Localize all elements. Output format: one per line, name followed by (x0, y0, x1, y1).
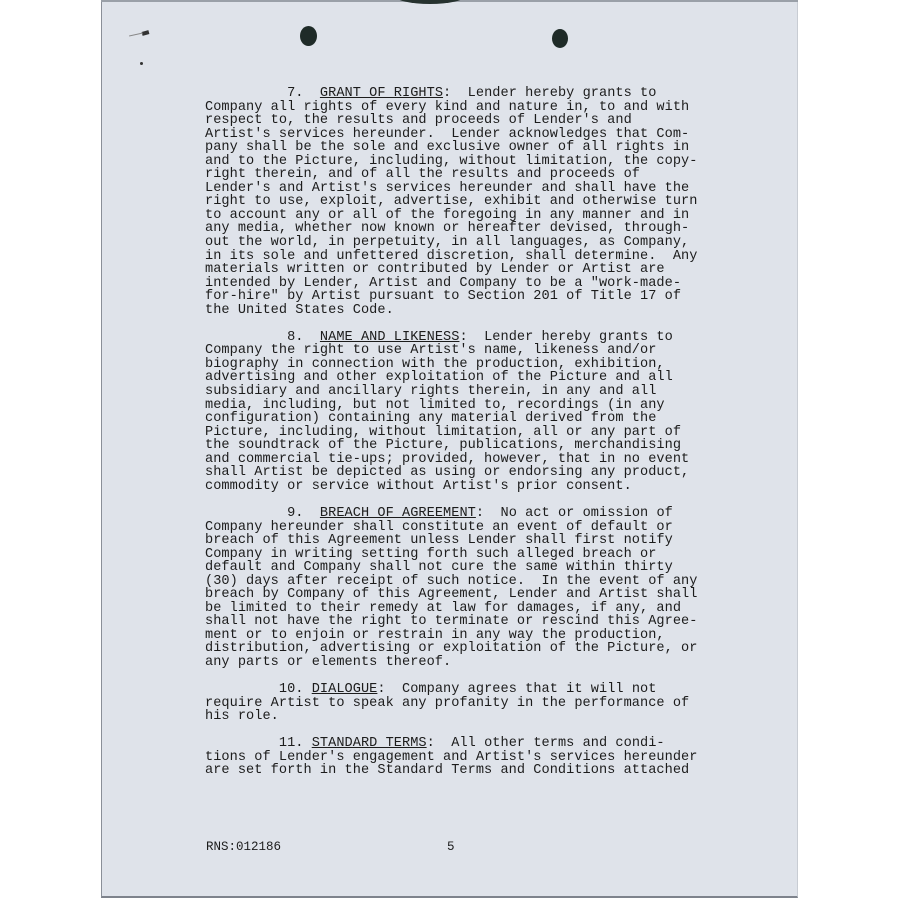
clause-text: : No act or omission of (476, 506, 673, 521)
clause-text-line: Artist's services hereunder. Lender ackn… (205, 128, 697, 142)
ink-dot (140, 62, 143, 65)
clause-heading: STANDARD TERMS (312, 736, 427, 751)
clause-text-line: intended by Lender, Artist and Company t… (205, 277, 697, 291)
clause-text-line: biography in connection with the product… (205, 358, 697, 372)
clause-text-line: distribution, advertising or exploitatio… (205, 642, 697, 656)
clause-8: 8. NAME AND LIKENESS: Lender hereby gran… (205, 331, 697, 494)
clause-text-line: breach by Company of this Agreement, Len… (205, 588, 697, 602)
clause-first-line: 10. DIALOGUE: Company agrees that it wil… (205, 683, 697, 697)
clause-text: : Company agrees that it will not (377, 682, 656, 697)
clause-9: 9. BREACH OF AGREEMENT: No act or omissi… (205, 507, 697, 670)
clause-text-line: Company in writing setting forth such al… (205, 548, 697, 562)
clause-heading: GRANT OF RIGHTS (320, 86, 443, 101)
clause-text-line: be limited to their remedy at law for da… (205, 602, 697, 616)
clause-text-line: media, including, but not limited to, re… (205, 399, 697, 413)
clause-text-line: materials written or contributed by Lend… (205, 263, 697, 277)
clause-text-line: his role. (205, 710, 697, 724)
clause-7: 7. GRANT OF RIGHTS: Lender hereby grants… (205, 87, 697, 317)
clause-text-line: require Artist to speak any profanity in… (205, 697, 697, 711)
clause-text-line: any media, whether now known or hereafte… (205, 222, 697, 236)
clause-heading: BREACH OF AGREEMENT (320, 506, 476, 521)
clause-text-line: Picture, including, without limitation, … (205, 426, 697, 440)
punch-hole-right (552, 29, 568, 48)
clause-11: 11. STANDARD TERMS: All other terms and … (205, 737, 697, 778)
clause-text-line: shall Artist be depicted as using or end… (205, 466, 697, 480)
clause-text-line: pany shall be the sole and exclusive own… (205, 141, 697, 155)
contract-body: 7. GRANT OF RIGHTS: Lender hereby grants… (205, 87, 697, 791)
clause-first-line: 9. BREACH OF AGREEMENT: No act or omissi… (205, 507, 697, 521)
clause-text-line: tions of Lender's engagement and Artist'… (205, 751, 697, 765)
clause-first-line: 8. NAME AND LIKENESS: Lender hereby gran… (205, 331, 697, 345)
clause-text-line: to account any or all of the foregoing i… (205, 209, 697, 223)
clause-text-line: shall not have the right to terminate or… (205, 615, 697, 629)
clause-first-line: 11. STANDARD TERMS: All other terms and … (205, 737, 697, 751)
clause-text-line: in its sole and unfettered discretion, s… (205, 250, 697, 264)
clause-10: 10. DIALOGUE: Company agrees that it wil… (205, 683, 697, 724)
clause-number: 11. (279, 736, 304, 751)
clause-text-line: the United States Code. (205, 304, 697, 318)
clause-first-line: 7. GRANT OF RIGHTS: Lender hereby grants… (205, 87, 697, 101)
clause-text-line: are set forth in the Standard Terms and … (205, 764, 697, 778)
clause-text-line: commodity or service without Artist's pr… (205, 480, 697, 494)
clause-heading: DIALOGUE (312, 682, 378, 697)
clause-text-line: Company all rights of every kind and nat… (205, 101, 697, 115)
clause-text-line: ment or to enjoin or restrain in any way… (205, 629, 697, 643)
clause-number: 10. (279, 682, 304, 697)
clause-text-line: Company the right to use Artist's name, … (205, 344, 697, 358)
clause-text: : Lender hereby grants to (443, 86, 656, 101)
clause-text-line: Company hereunder shall constitute an ev… (205, 521, 697, 535)
page-number: 5 (447, 840, 455, 854)
clause-text: : All other terms and condi- (427, 736, 665, 751)
clause-text-line: default and Company shall not cure the s… (205, 561, 697, 575)
clause-text-line: Lender's and Artist's services hereunder… (205, 182, 697, 196)
clause-text-line: advertising and other exploitation of th… (205, 371, 697, 385)
clause-text-line: configuration) containing any material d… (205, 412, 697, 426)
clause-text-line: for-hire" by Artist pursuant to Section … (205, 290, 697, 304)
clause-text-line: subsidiary and ancillary rights therein,… (205, 385, 697, 399)
clause-number: 7. (287, 86, 303, 101)
clause-text-line: respect to, the results and proceeds of … (205, 114, 697, 128)
clause-text-line: and to the Picture, including, without l… (205, 155, 697, 169)
document-id: RNS:012186 (206, 840, 281, 854)
clause-text-line: out the world, in perpetuity, in all lan… (205, 236, 697, 250)
clause-text-line: (30) days after receipt of such notice. … (205, 575, 697, 589)
clause-number: 9. (287, 506, 303, 521)
clause-text-line: the soundtrack of the Picture, publicati… (205, 439, 697, 453)
clause-text-line: right therein, and of all the results an… (205, 168, 697, 182)
clause-text-line: right to use, exploit, advertise, exhibi… (205, 195, 697, 209)
clause-text-line: breach of this Agreement unless Lender s… (205, 534, 697, 548)
clause-text-line: and commercial tie-ups; provided, howeve… (205, 453, 697, 467)
clause-text-line: any parts or elements thereof. (205, 656, 697, 670)
punch-hole-left (300, 26, 317, 46)
